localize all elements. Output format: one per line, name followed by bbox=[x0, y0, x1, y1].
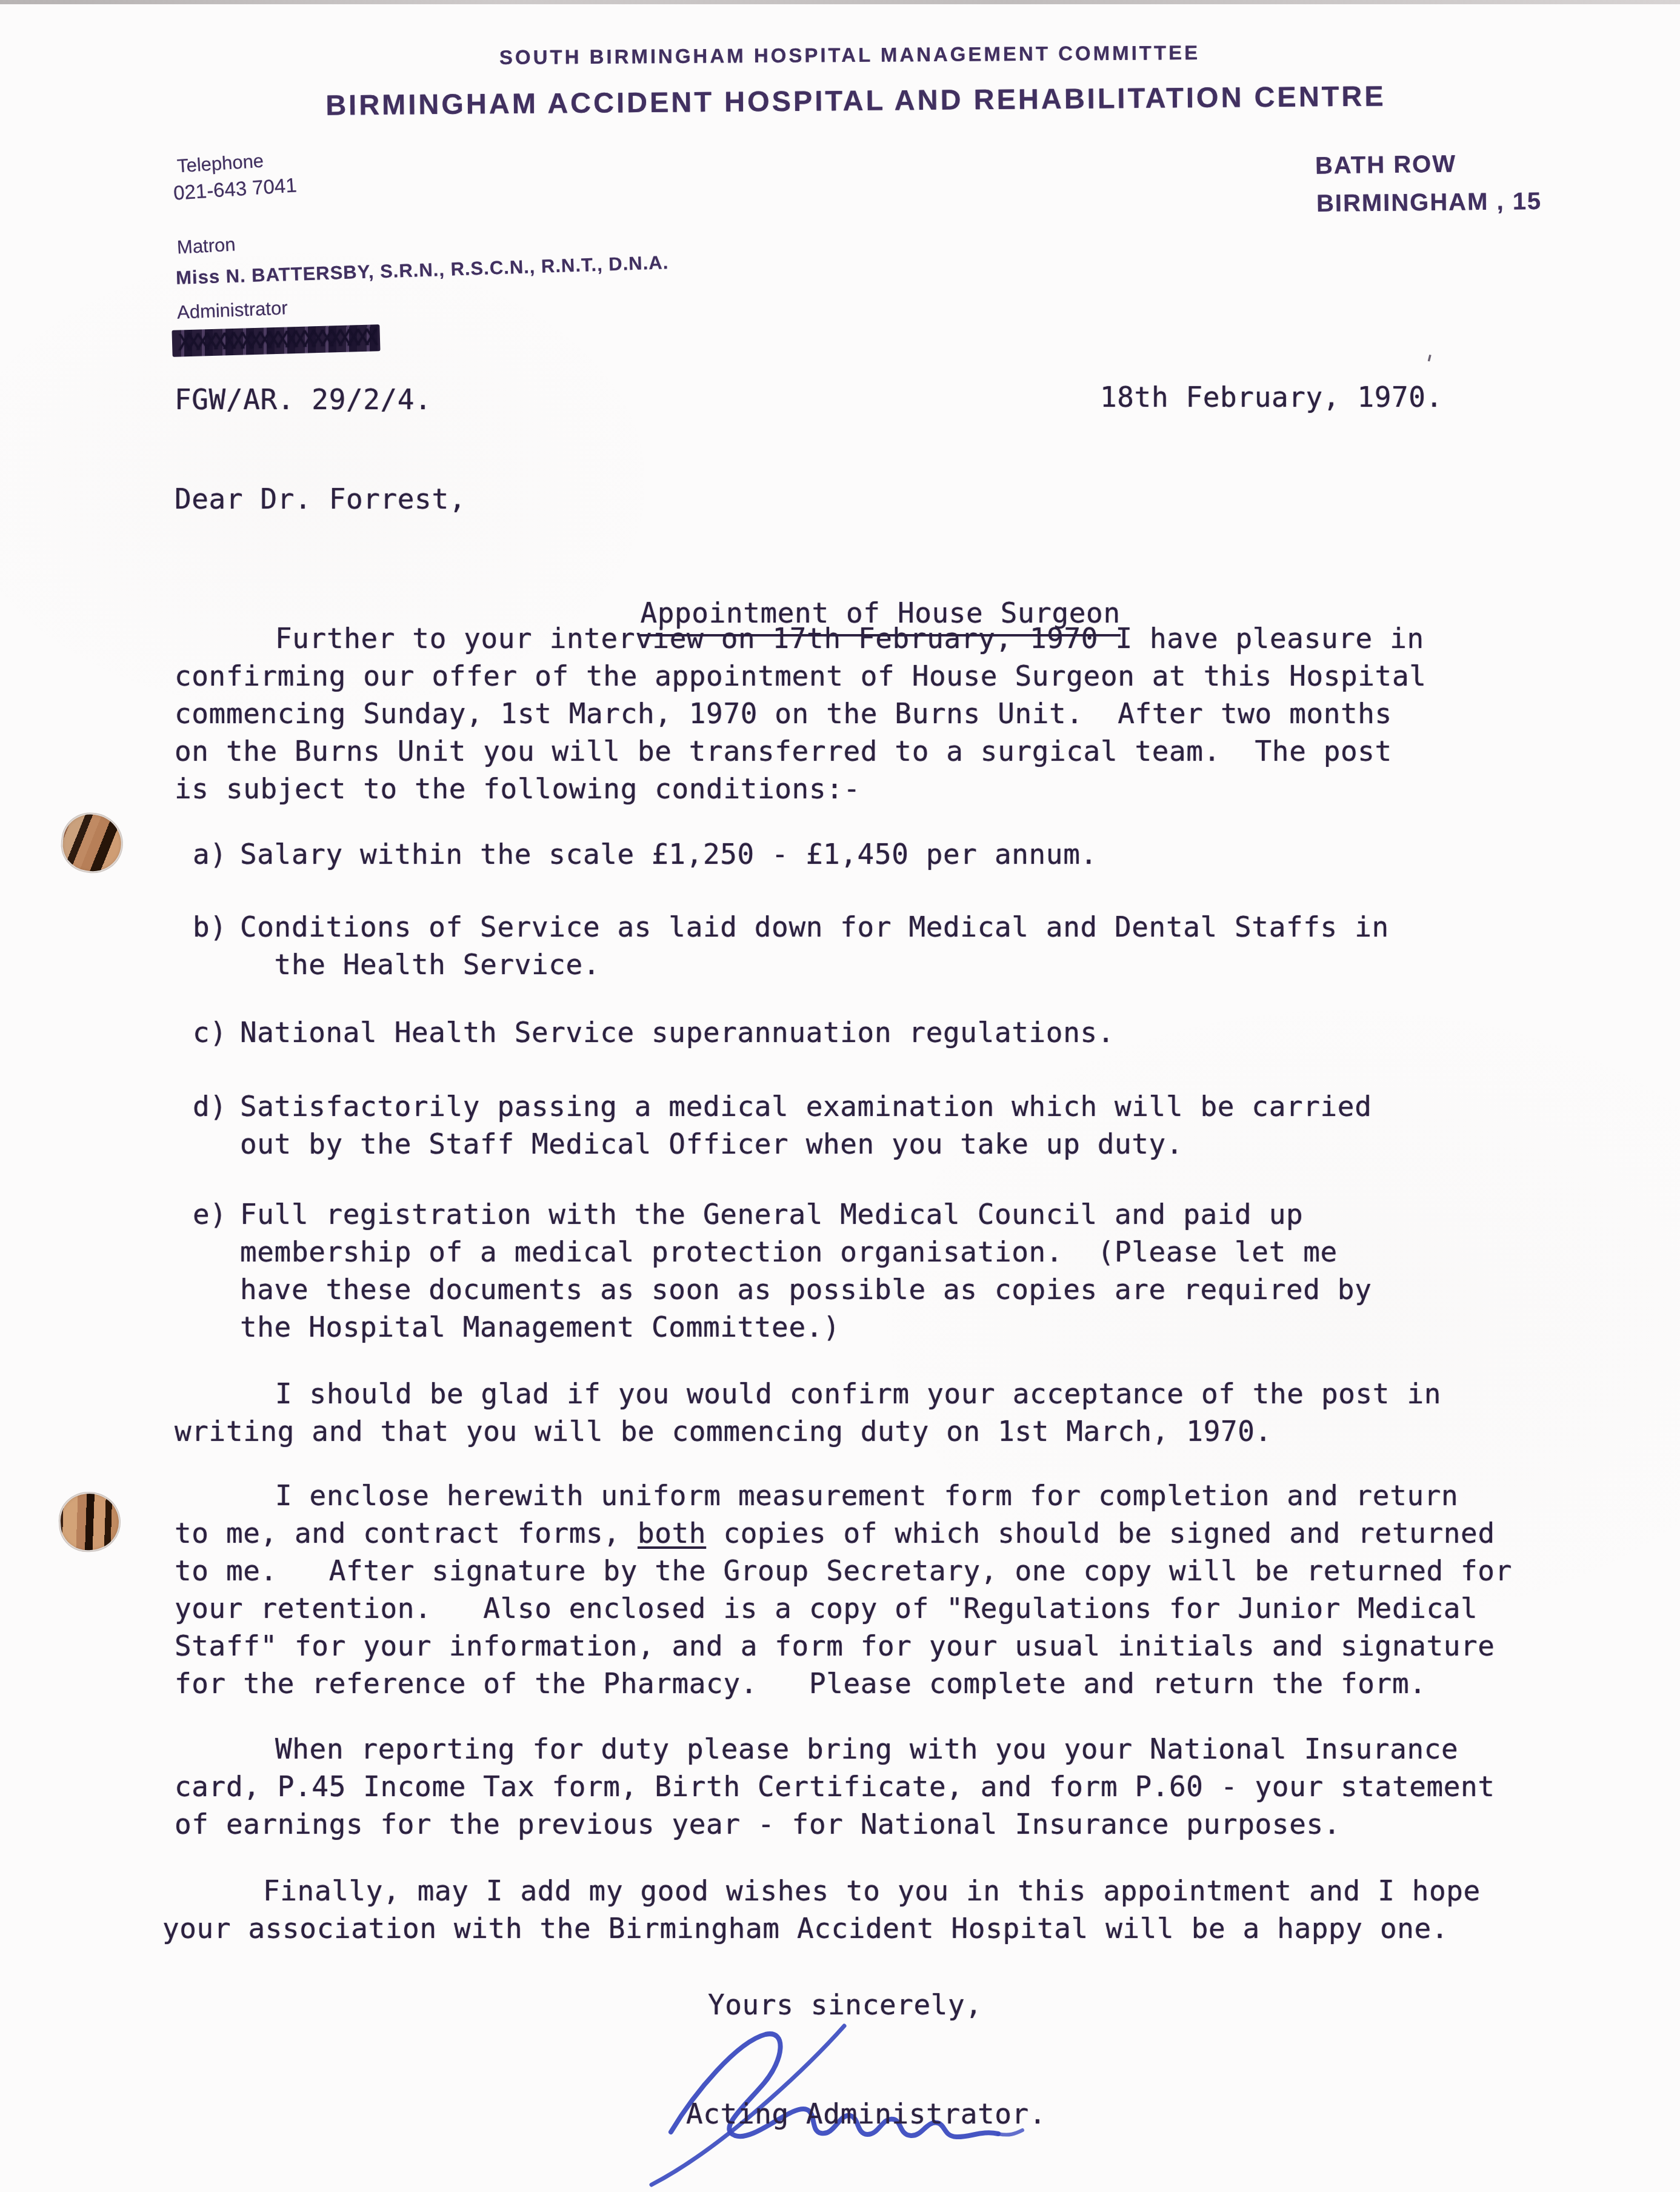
salutation: Dear Dr. Forrest, bbox=[175, 480, 466, 518]
condition-label: c) bbox=[193, 1014, 240, 1051]
letter-date: 18th February, 1970. bbox=[1100, 378, 1443, 416]
condition-item-a: a) Salary within the scale £1,250 - £1,4… bbox=[193, 835, 1440, 873]
paragraph-enclosures: I enclose herewith uniform measurement f… bbox=[175, 1477, 1544, 1702]
condition-text: Salary within the scale £1,250 - £1,450 … bbox=[240, 835, 1440, 873]
paragraph-intro: Further to your interview on 17th Februa… bbox=[175, 620, 1544, 807]
signer-title: Acting Administrator. bbox=[686, 2095, 1046, 2133]
condition-label: a) bbox=[193, 835, 240, 873]
condition-item-d: d) Satisfactorily passing a medical exam… bbox=[193, 1088, 1440, 1163]
paragraph-confirm-acceptance: I should be glad if you would confirm yo… bbox=[175, 1375, 1544, 1450]
telephone-label: Telephone bbox=[176, 150, 264, 178]
paragraph-reporting: When reporting for duty please bring wit… bbox=[175, 1730, 1544, 1843]
telephone-number: 021-643 7041 bbox=[173, 173, 298, 204]
scan-edge-line bbox=[0, 0, 1680, 4]
condition-item-c: c) National Health Service superannuatio… bbox=[193, 1014, 1440, 1051]
matron-name: Miss N. BATTERSBY, S.R.N., R.S.C.N., R.N… bbox=[176, 252, 669, 289]
condition-text: Satisfactorily passing a medical examina… bbox=[240, 1088, 1440, 1163]
letterhead-committee: SOUTH BIRMINGHAM HOSPITAL MANAGEMENT COM… bbox=[10, 38, 1680, 72]
address-line-2: BIRMINGHAM , 15 bbox=[1316, 188, 1542, 218]
condition-label: d) bbox=[193, 1088, 240, 1163]
matron-label: Matron bbox=[176, 233, 236, 258]
reference-number: FGW/AR. 29/2/4. bbox=[175, 381, 432, 418]
administrator-label: Administrator bbox=[176, 297, 288, 324]
punch-hole-bottom bbox=[59, 1492, 121, 1552]
enclosure-text-underlined: both bbox=[638, 1517, 706, 1549]
address-line-1: BATH ROW bbox=[1315, 150, 1457, 179]
punch-hole-top bbox=[59, 811, 125, 875]
paragraph-good-wishes: Finally, may I add my good wishes to you… bbox=[162, 1872, 1532, 1947]
condition-label: e) bbox=[193, 1195, 240, 1346]
condition-item-e: e) Full registration with the General Me… bbox=[193, 1195, 1440, 1346]
scan-mark: ' bbox=[1418, 349, 1439, 379]
condition-text: Conditions of Service as laid down for M… bbox=[240, 908, 1440, 983]
condition-item-b: b) Conditions of Service as laid down fo… bbox=[193, 908, 1440, 983]
administrator-name-redacted: XXXXXXXXXXXXXXXXXXXXXX bbox=[172, 324, 380, 357]
condition-text: Full registration with the General Medic… bbox=[240, 1195, 1440, 1346]
letter-page: SOUTH BIRMINGHAM HOSPITAL MANAGEMENT COM… bbox=[0, 0, 1680, 2192]
letterhead-hospital: BIRMINGHAM ACCIDENT HOSPITAL AND REHABIL… bbox=[16, 76, 1680, 124]
condition-text: National Health Service superannuation r… bbox=[240, 1014, 1440, 1051]
condition-label: b) bbox=[193, 908, 240, 983]
